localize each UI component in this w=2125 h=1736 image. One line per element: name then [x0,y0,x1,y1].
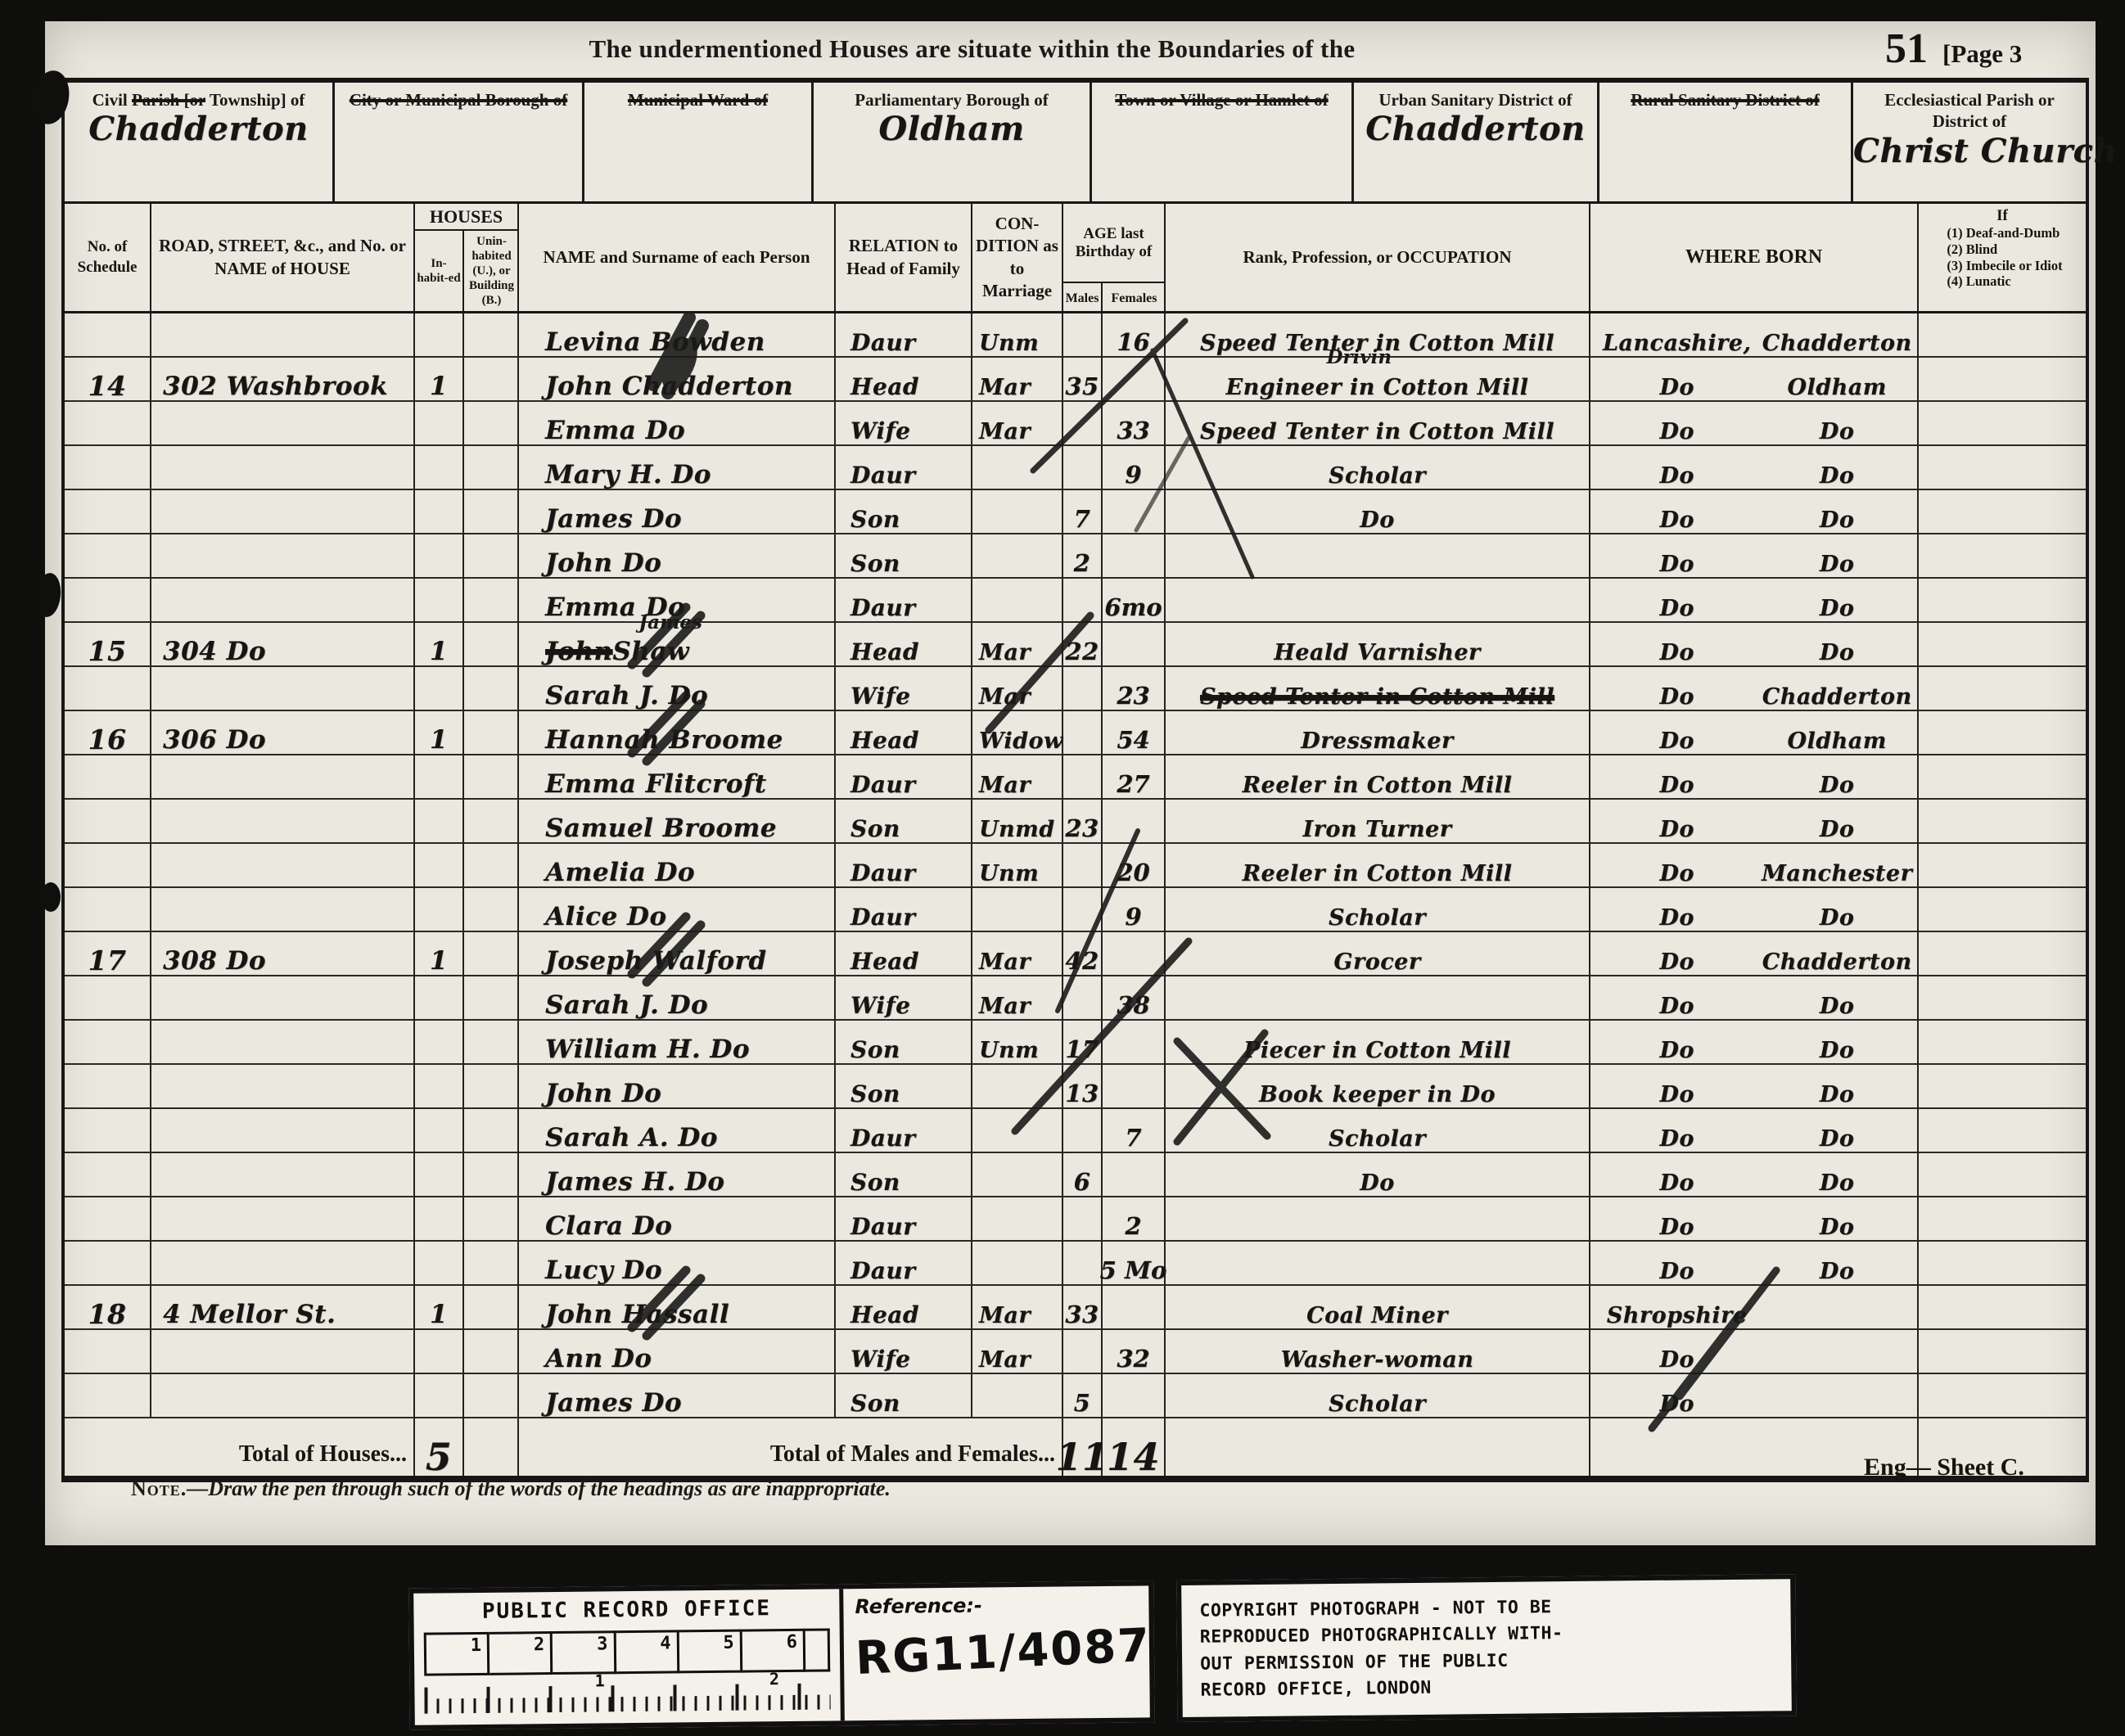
inhabited-cell [415,490,464,534]
column-header-females: Females [1103,283,1166,311]
road-cell [151,667,415,711]
age-male-cell: 35 [1063,358,1103,402]
uninhabited-cell [464,623,519,667]
disability-cell [1919,1021,2086,1065]
column-header-inhabited: In-habit-ed [415,231,464,311]
born-county: Do [1659,1394,1694,1415]
born-cell: DoOldham [1590,711,1919,755]
relation-cell: Son [836,1065,972,1109]
occupation-cell: Scholar [1166,888,1590,932]
occupation-cell: Reeler in Cotton Mill [1166,755,1590,800]
column-header-age-group: AGE last Birthday of Males Females [1063,204,1166,311]
age-male-cell [1063,667,1103,711]
occupation-cell: Heald Varnisher [1166,623,1590,667]
uninhabited-cell [464,711,519,755]
note-label: Note. [131,1477,187,1500]
district-header-cell: Urban Sanitary District ofChadderton [1354,83,1599,201]
district-header-handwritten-value: Chadderton [1354,114,1597,145]
name-cell: Joseph Walford [519,932,836,976]
born-cell: DoDo [1590,1065,1919,1109]
schedule-cell [65,1021,151,1065]
disability-cell [1919,976,2086,1021]
inhabited-cell: 1 [415,358,464,402]
uninhabited-cell [464,932,519,976]
occupation-cell: Scholar [1166,446,1590,490]
born-cell: DoDo [1590,1242,1919,1286]
uninhabited-cell [464,402,519,446]
census-row: Mary H. DoDaur9ScholarDoDo [65,446,2086,490]
inhabited-cell [415,800,464,844]
born-county: Do [1659,554,1694,575]
census-row: Sarah A. DoDaur7ScholarDoDo [65,1109,2086,1153]
born-town: Do [1820,554,1854,575]
born-cell: DoChadderton [1590,932,1919,976]
age-male-cell [1063,402,1103,446]
schedule-cell [65,402,151,446]
age-female-cell: 9 [1103,446,1166,490]
district-header-handwritten-value: Chadderton [65,114,332,145]
inhabited-cell [415,579,464,623]
road-cell [151,1242,415,1286]
age-female-cell [1103,534,1166,579]
uninhabited-cell [464,667,519,711]
census-row: John DoSon2DoDo [65,534,2086,579]
column-header-disability: If (1) Deaf-and-Dumb(2) Blind(3) Imbecil… [1919,204,2086,311]
age-female-cell: 16 [1103,313,1166,358]
relation-cell: Wife [836,976,972,1021]
age-female-cell: 5 Mo [1103,1242,1166,1286]
born-county: Do [1659,510,1694,531]
district-header-cell: City or Municipal Borough of [335,83,584,201]
age-male-cell [1063,976,1103,1021]
occupation-cell [1166,976,1590,1021]
scale-box: 1 [424,1632,490,1676]
occupation-cell [1166,534,1590,579]
schedule-cell [65,1153,151,1197]
uninhabited-cell [464,844,519,888]
census-row: 16306 Do1Hannah BroomeHeadWidow54Dressma… [65,711,2086,755]
district-header-printed-label: Urban Sanitary District of [1354,89,1597,110]
census-row: Sarah J. DoWifeMar38DoDo [65,976,2086,1021]
born-cell: Do [1590,1330,1919,1374]
name-cell: John Do [519,534,836,579]
district-header-printed-label: Town or Village or Hamlet of [1092,89,1351,110]
age-female-cell: 32 [1103,1330,1166,1374]
uninhabited-cell [464,1109,519,1153]
disability-cell [1919,1197,2086,1242]
inhabited-cell [415,1109,464,1153]
name-cell: Clara Do [519,1197,836,1242]
district-header-printed-label: Parliamentary Borough of [814,89,1090,110]
name-cell: Emma Flitcroft [519,755,836,800]
age-male-cell [1063,844,1103,888]
uninhabited-cell [464,1065,519,1109]
born-county: Do [1659,1129,1694,1150]
condition-cell [972,1065,1063,1109]
condition-cell: Widow [972,711,1063,755]
disability-cell [1919,1153,2086,1197]
age-male-cell: 17 [1063,1021,1103,1065]
name-cell: William H. Do [519,1021,836,1065]
condition-cell: Mar [972,358,1063,402]
name-cell: Hannah Broome [519,711,836,755]
born-town: Manchester [1762,863,1912,885]
relation-cell: Daur [836,1197,972,1242]
road-cell: 302 Washbrook [151,358,415,402]
total-males-value: 11 [1063,1418,1103,1476]
age-female-cell [1103,1374,1166,1418]
census-row: Ann DoWifeMar32Washer-womanDo [65,1330,2086,1374]
census-row: 184 Mellor St.1John HassallHeadMar33Coal… [65,1286,2086,1330]
uninhabited-cell [464,1374,519,1418]
born-cell: DoDo [1590,888,1919,932]
page-title: The undermentioned Houses are situate wi… [45,34,1899,64]
disability-cell [1919,888,2086,932]
uninhabited-cell [464,976,519,1021]
born-town: Do [1820,510,1854,531]
disability-cell [1919,711,2086,755]
age-female-cell: 7 [1103,1109,1166,1153]
inhabited-cell [415,1330,464,1374]
condition-cell [972,446,1063,490]
schedule-cell [65,1374,151,1418]
occupation-cell: Piecer in Cotton Mill [1166,1021,1590,1065]
age-female-cell [1103,623,1166,667]
note-text: —Draw the pen through such of the words … [187,1477,891,1500]
schedule-cell [65,844,151,888]
condition-cell: Mar [972,932,1063,976]
born-cell: DoDo [1590,579,1919,623]
road-cell [151,402,415,446]
name-cell: Mary H. Do [519,446,836,490]
stamp-tick-ruler: 1 2 [424,1673,830,1713]
inhabited-cell [415,755,464,800]
census-row: James DoSon7DoDoDo [65,490,2086,534]
condition-cell [972,1242,1063,1286]
born-town: Do [1820,466,1854,487]
disability-cell [1919,1242,2086,1286]
totals-row: Total of Houses... 5 Total of Males and … [65,1418,2086,1476]
born-county: Do [1659,1040,1694,1062]
census-form-paper: The undermentioned Houses are situate wi… [45,21,2096,1545]
district-header-row: Civil Parish [or Township] ofChaddertonC… [65,83,2086,204]
column-header-males: Males [1063,283,1103,311]
occupation-cell: Scholar [1166,1374,1590,1418]
born-town: Do [1820,598,1854,620]
disability-item: (2) Blind [1942,241,2067,258]
condition-cell: Mar [972,1330,1063,1374]
inhabited-cell [415,1065,464,1109]
name-cell: Levina Bowden [519,313,836,358]
age-male-cell: 2 [1063,534,1103,579]
born-county: Do [1659,598,1694,620]
born-county: Do [1659,1084,1694,1106]
ruler-minor-ticks [425,1694,831,1713]
road-cell [151,976,415,1021]
relation-cell: Head [836,358,972,402]
schedule-cell: 17 [65,932,151,976]
born-town: Chadderton [1762,952,1912,973]
age-female-cell: 23 [1103,667,1166,711]
census-row: 15304 Do1JamesJohn ShawHeadMar22Heald Va… [65,623,2086,667]
name-cell: Sarah J. Do [519,667,836,711]
condition-cell: Unm [972,1021,1063,1065]
name-cell: Ann Do [519,1330,836,1374]
relation-cell: Son [836,1021,972,1065]
born-county: Lancashire, [1603,333,1751,354]
reference-label: Reference:- [855,1593,1137,1619]
relation-cell: Wife [836,402,972,446]
age-female-cell: 54 [1103,711,1166,755]
name-cell: Emma Do [519,402,836,446]
road-cell [151,888,415,932]
schedule-cell [65,490,151,534]
disability-cell [1919,932,2086,976]
uninhabited-cell [464,579,519,623]
relation-cell: Son [836,1153,972,1197]
disability-cell [1919,623,2086,667]
condition-cell: Unm [972,844,1063,888]
copyright-line: RECORD OFFICE, LONDON [1200,1671,1773,1704]
road-cell [151,534,415,579]
name-cell: John Hassall [519,1286,836,1330]
schedule-cell [65,667,151,711]
born-cell: DoDo [1590,800,1919,844]
relation-cell: Wife [836,667,972,711]
district-header-printed-label: Civil Parish [or Township] of [65,89,332,110]
district-header-printed-label: City or Municipal Borough of [335,89,582,110]
road-cell [151,844,415,888]
road-cell [151,446,415,490]
age-female-cell: 20 [1103,844,1166,888]
condition-cell: Unmd [972,800,1063,844]
total-houses-label-cell: Total of Houses... [65,1418,415,1476]
district-header-cell: Municipal Ward of [584,83,814,201]
scale-box: 5 [679,1630,742,1674]
age-male-cell: 7 [1063,490,1103,534]
age-female-cell [1103,490,1166,534]
age-male-cell [1063,446,1103,490]
totals-spacer-cell [464,1418,519,1476]
schedule-cell: 18 [65,1286,151,1330]
born-town: Do [1820,1129,1854,1150]
district-header-printed-label: Rural Sanitary District of [1599,89,1851,110]
column-header-schedule: No. of Schedule [65,204,151,311]
disability-if-label: If [1996,207,2008,225]
inhabited-cell [415,888,464,932]
age-female-cell: 38 [1103,976,1166,1021]
condition-cell: Mar [972,623,1063,667]
schedule-cell [65,800,151,844]
condition-cell [972,534,1063,579]
public-record-office-stamp: PUBLIC RECORD OFFICE 123456 1 2 Referenc… [408,1574,1797,1730]
occupation-cell: Dressmaker [1166,711,1590,755]
born-town: Do [1820,908,1854,929]
condition-cell: Mar [972,755,1063,800]
name-cell: John Do [519,1065,836,1109]
census-row: John DoSon13Book keeper in DoDoDo [65,1065,2086,1109]
born-cell: Do [1590,1374,1919,1418]
district-header-cell: Civil Parish [or Township] ofChadderton [65,83,335,201]
disability-item: (3) Imbecile or Idiot [1942,258,2067,274]
age-female-cell [1103,932,1166,976]
uninhabited-cell [464,313,519,358]
stamp-office-name: PUBLIC RECORD OFFICE [413,1595,839,1624]
relation-cell: Son [836,800,972,844]
name-cell: Sarah J. Do [519,976,836,1021]
disability-cell [1919,402,2086,446]
age-female-cell [1103,1153,1166,1197]
disability-cell [1919,490,2086,534]
age-male-cell: 42 [1063,932,1103,976]
age-male-cell [1063,755,1103,800]
born-county: Do [1659,1217,1694,1238]
road-cell: 4 Mellor St. [151,1286,415,1330]
occupation-cell: Iron Turner [1166,800,1590,844]
road-cell [151,1374,415,1418]
age-female-cell [1103,1065,1166,1109]
schedule-cell [65,313,151,358]
born-cell: Lancashire,Chadderton [1590,313,1919,358]
column-header-where-born: WHERE BORN [1590,204,1919,311]
age-male-cell: 5 [1063,1374,1103,1418]
born-town: Do [1820,1040,1854,1062]
schedule-cell [65,1109,151,1153]
reference-value: RG11/4087 [855,1624,1139,1683]
houses-group-title: HOUSES [415,204,517,231]
age-male-cell [1063,888,1103,932]
disability-cell [1919,1374,2086,1418]
born-county: Do [1659,422,1694,443]
name-cell: Alice Do [519,888,836,932]
name-cell: Amelia Do [519,844,836,888]
page-label: [Page 3 [1942,39,2022,68]
name-cell: James Do [519,1374,836,1418]
sheet-label: Eng— Sheet C. [1864,1454,2024,1481]
born-cell: Shropshire [1590,1286,1919,1330]
inhabited-cell [415,1197,464,1242]
relation-cell: Head [836,711,972,755]
born-cell: DoDo [1590,1109,1919,1153]
district-header-handwritten-value: Oldham [814,114,1090,145]
condition-cell: Mar [972,976,1063,1021]
schedule-cell: 14 [65,358,151,402]
disability-cell [1919,667,2086,711]
district-header-cell: Town or Village or Hamlet of [1092,83,1354,201]
born-town: Chadderton [1762,687,1912,708]
born-county: Do [1659,952,1694,973]
road-cell [151,579,415,623]
condition-cell [972,579,1063,623]
born-county: Do [1659,1261,1694,1283]
disability-item: (1) Deaf-and-Dumb [1942,225,2067,241]
age-male-cell: 22 [1063,623,1103,667]
road-cell [151,1330,415,1374]
age-female-cell [1103,1286,1166,1330]
road-cell [151,1065,415,1109]
stamp-reference-box: PUBLIC RECORD OFFICE 123456 1 2 Referenc… [408,1580,1155,1730]
schedule-cell: 16 [65,711,151,755]
total-males-females-label-cell: Total of Males and Females... [519,1418,1063,1476]
scanned-census-page: The undermentioned Houses are situate wi… [0,0,2125,1736]
born-cell: DoDo [1590,1021,1919,1065]
census-row: James DoSon5ScholarDo [65,1374,2086,1418]
census-row: Emma FlitcroftDaurMar27Reeler in Cotton … [65,755,2086,800]
column-header-road: ROAD, STREET, &c., and No. or NAME of HO… [151,204,415,311]
inhabited-cell [415,534,464,579]
disability-cell [1919,1330,2086,1374]
occupation-cell: Book keeper in Do [1166,1065,1590,1109]
inhabited-cell [415,1242,464,1286]
district-header-handwritten-value: Christ Church [1853,136,2086,167]
schedule-cell [65,888,151,932]
uninhabited-cell [464,490,519,534]
born-county: Do [1659,996,1694,1017]
total-females-value: 14 [1103,1418,1166,1476]
district-header-printed-label: Municipal Ward of [584,89,811,110]
born-county: Shropshire [1607,1305,1748,1327]
census-row: James H. DoSon6DoDoDo [65,1153,2086,1197]
condition-cell [972,1153,1063,1197]
born-cell: DoDo [1590,446,1919,490]
relation-cell: Son [836,1374,972,1418]
census-row: Emma DoWifeMar33Speed Tenter in Cotton M… [65,402,2086,446]
relation-cell: Wife [836,1330,972,1374]
name-cell: James H. Do [519,1153,836,1197]
column-header-relation: RELATION to Head of Family [836,204,972,311]
born-cell: DoDo [1590,1197,1919,1242]
uninhabited-cell [464,800,519,844]
born-county: Do [1659,643,1694,664]
schedule-cell [65,976,151,1021]
schedule-cell [65,755,151,800]
schedule-cell [65,579,151,623]
road-cell [151,1197,415,1242]
age-male-cell [1063,1109,1103,1153]
born-county: Do [1659,819,1694,841]
uninhabited-cell [464,1286,519,1330]
relation-cell: Daur [836,888,972,932]
born-cell: DoDo [1590,755,1919,800]
uninhabited-cell [464,534,519,579]
disability-cell [1919,534,2086,579]
road-cell [151,800,415,844]
page-number-block: 51 [Page 3 [1885,25,2022,73]
born-town: Do [1820,1084,1854,1106]
age-male-cell [1063,313,1103,358]
relation-cell: Son [836,534,972,579]
condition-cell: Mar [972,667,1063,711]
road-cell: 308 Do [151,932,415,976]
age-female-cell: 27 [1103,755,1166,800]
census-row: Levina BowdenDaurUnm16Speed Tenter in Co… [65,313,2086,358]
census-row: Alice DoDaur9ScholarDoDo [65,888,2086,932]
disability-cell [1919,1065,2086,1109]
born-cell: DoDo [1590,402,1919,446]
age-male-cell [1063,711,1103,755]
name-cell: John Chadderton [519,358,836,402]
scale-box: 2 [490,1631,553,1675]
inhabited-cell [415,1374,464,1418]
folio-number: 51 [1885,25,1928,72]
born-cell: DoDo [1590,534,1919,579]
occupation-cell [1166,1242,1590,1286]
disability-cell [1919,579,2086,623]
name-cell: Lucy Do [519,1242,836,1286]
inhabited-cell: 1 [415,932,464,976]
road-cell [151,490,415,534]
occupation-cell: Speed Tenter in Cotton Mill [1166,667,1590,711]
